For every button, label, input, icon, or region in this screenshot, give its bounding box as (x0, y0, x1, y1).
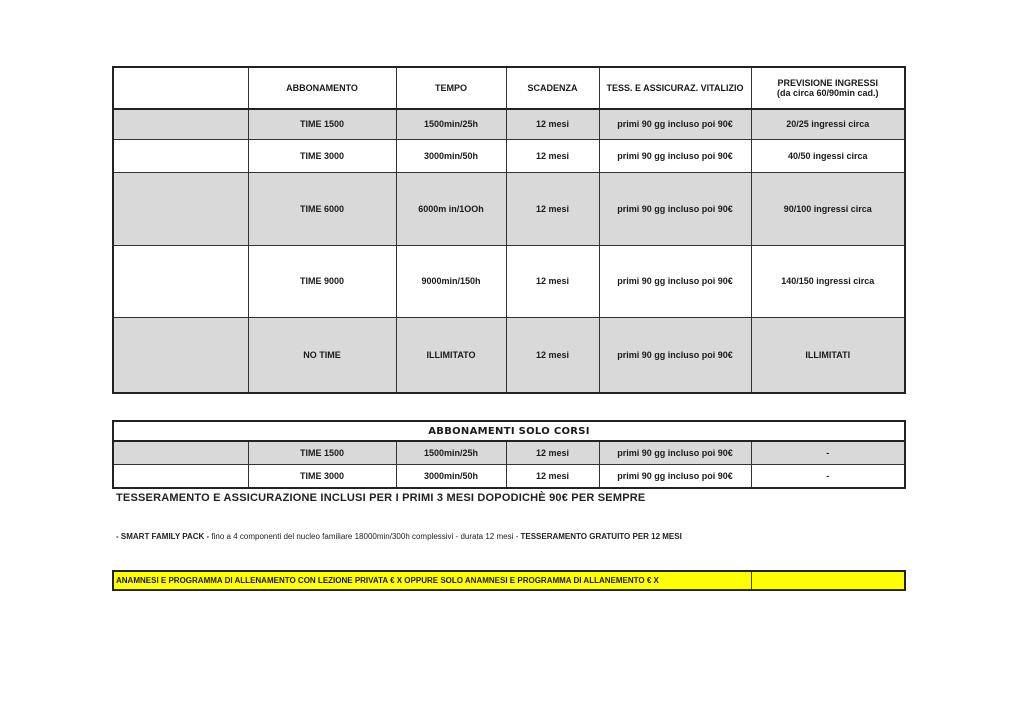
table-row: TIME 3000 3000min/50h 12 mesi primi 90 g… (113, 465, 905, 489)
cell-previsione: 40/50 ingessi circa (751, 139, 905, 172)
subscriptions-table: ABBONAMENTO TEMPO SCADENZA TESS. E ASSIC… (112, 66, 906, 394)
cell-previsione: ILLIMITATI (751, 317, 905, 393)
family-pack-body: fino a 4 componenti del nucleo familiare… (209, 532, 520, 541)
header-blank (113, 67, 248, 109)
cell-tess: primi 90 gg incluso poi 90€ (599, 172, 751, 245)
anamnesis-text: ANAMNESI E PROGRAMMA DI ALLENAMENTO CON … (113, 571, 751, 590)
cell-tempo: 9000min/150h (396, 245, 506, 317)
cell-abbonamento: TIME 1500 (248, 109, 396, 139)
cell-tempo: 6000m in/1OOh (396, 172, 506, 245)
cell-abbonamento: TIME 1500 (248, 441, 396, 465)
anamnesis-row: ANAMNESI E PROGRAMMA DI ALLENAMENTO CON … (113, 571, 905, 590)
anamnesis-row-table: ANAMNESI E PROGRAMMA DI ALLENAMENTO CON … (112, 570, 906, 591)
anamnesis-value (751, 571, 905, 590)
cell-scadenza: 12 mesi (506, 139, 599, 172)
cell-abbonamento: NO TIME (248, 317, 396, 393)
cell-scadenza: 12 mesi (506, 109, 599, 139)
cell-abbonamento: TIME 3000 (248, 465, 396, 489)
cell-tess: primi 90 gg incluso poi 90€ (599, 441, 751, 465)
cell-tess: primi 90 gg incluso poi 90€ (599, 317, 751, 393)
table-row: TIME 9000 9000min/150h 12 mesi primi 90 … (113, 245, 905, 317)
header-scadenza: SCADENZA (506, 67, 599, 109)
cell-scadenza: 12 mesi (506, 441, 599, 465)
cell-scadenza: 12 mesi (506, 317, 599, 393)
header-previsione: PREVISIONE INGRESSI (da circa 60/90min c… (751, 67, 905, 109)
cell-previsione: 90/100 ingressi circa (751, 172, 905, 245)
cell-tempo: 1500min/25h (396, 109, 506, 139)
cell-previsione: 140/150 ingressi circa (751, 245, 905, 317)
cell-tempo: ILLIMITATO (396, 317, 506, 393)
cell-abbonamento: TIME 9000 (248, 245, 396, 317)
table-row: TIME 3000 3000min/50h 12 mesi primi 90 g… (113, 139, 905, 172)
cell-tess: primi 90 gg incluso poi 90€ (599, 245, 751, 317)
courses-title-row: ABBONAMENTI SOLO CORSI (113, 421, 905, 441)
cell-abbonamento: TIME 3000 (248, 139, 396, 172)
cell-previsione: 20/25 ingressi circa (751, 109, 905, 139)
cell-tempo: 3000min/50h (396, 139, 506, 172)
cell-tess: primi 90 gg incluso poi 90€ (599, 139, 751, 172)
cell-scadenza: 12 mesi (506, 465, 599, 489)
courses-title: ABBONAMENTI SOLO CORSI (113, 421, 905, 441)
header-abbonamento: ABBONAMENTO (248, 67, 396, 109)
cell-scadenza: 12 mesi (506, 245, 599, 317)
header-previsione-title: PREVISIONE INGRESSI (752, 78, 905, 88)
courses-only-table: ABBONAMENTI SOLO CORSI TIME 1500 1500min… (112, 420, 906, 489)
membership-note: TESSERAMENTO E ASSICURAZIONE INCLUSI PER… (116, 492, 645, 504)
header-tempo: TEMPO (396, 67, 506, 109)
family-pack-note: - SMART FAMILY PACK - fino a 4 component… (116, 532, 682, 541)
cell-tess: primi 90 gg incluso poi 90€ (599, 109, 751, 139)
family-pack-highlight: TESSERAMENTO GRATUITO PER 12 MESI (520, 532, 681, 541)
header-tess: TESS. E ASSICURAZ. VITALIZIO (599, 67, 751, 109)
cell-abbonamento: TIME 6000 (248, 172, 396, 245)
table-header-row: ABBONAMENTO TEMPO SCADENZA TESS. E ASSIC… (113, 67, 905, 109)
table-row: NO TIME ILLIMITATO 12 mesi primi 90 gg i… (113, 317, 905, 393)
cell-tempo: 1500min/25h (396, 441, 506, 465)
cell-previsione: - (751, 465, 905, 489)
family-pack-label: - SMART FAMILY PACK - (116, 532, 209, 541)
table-row: TIME 1500 1500min/25h 12 mesi primi 90 g… (113, 441, 905, 465)
cell-tess: primi 90 gg incluso poi 90€ (599, 465, 751, 489)
table-row: TIME 6000 6000m in/1OOh 12 mesi primi 90… (113, 172, 905, 245)
header-previsione-sub: (da circa 60/90min cad.) (752, 88, 905, 98)
cell-tempo: 3000min/50h (396, 465, 506, 489)
table-row: TIME 1500 1500min/25h 12 mesi primi 90 g… (113, 109, 905, 139)
cell-scadenza: 12 mesi (506, 172, 599, 245)
cell-previsione: - (751, 441, 905, 465)
